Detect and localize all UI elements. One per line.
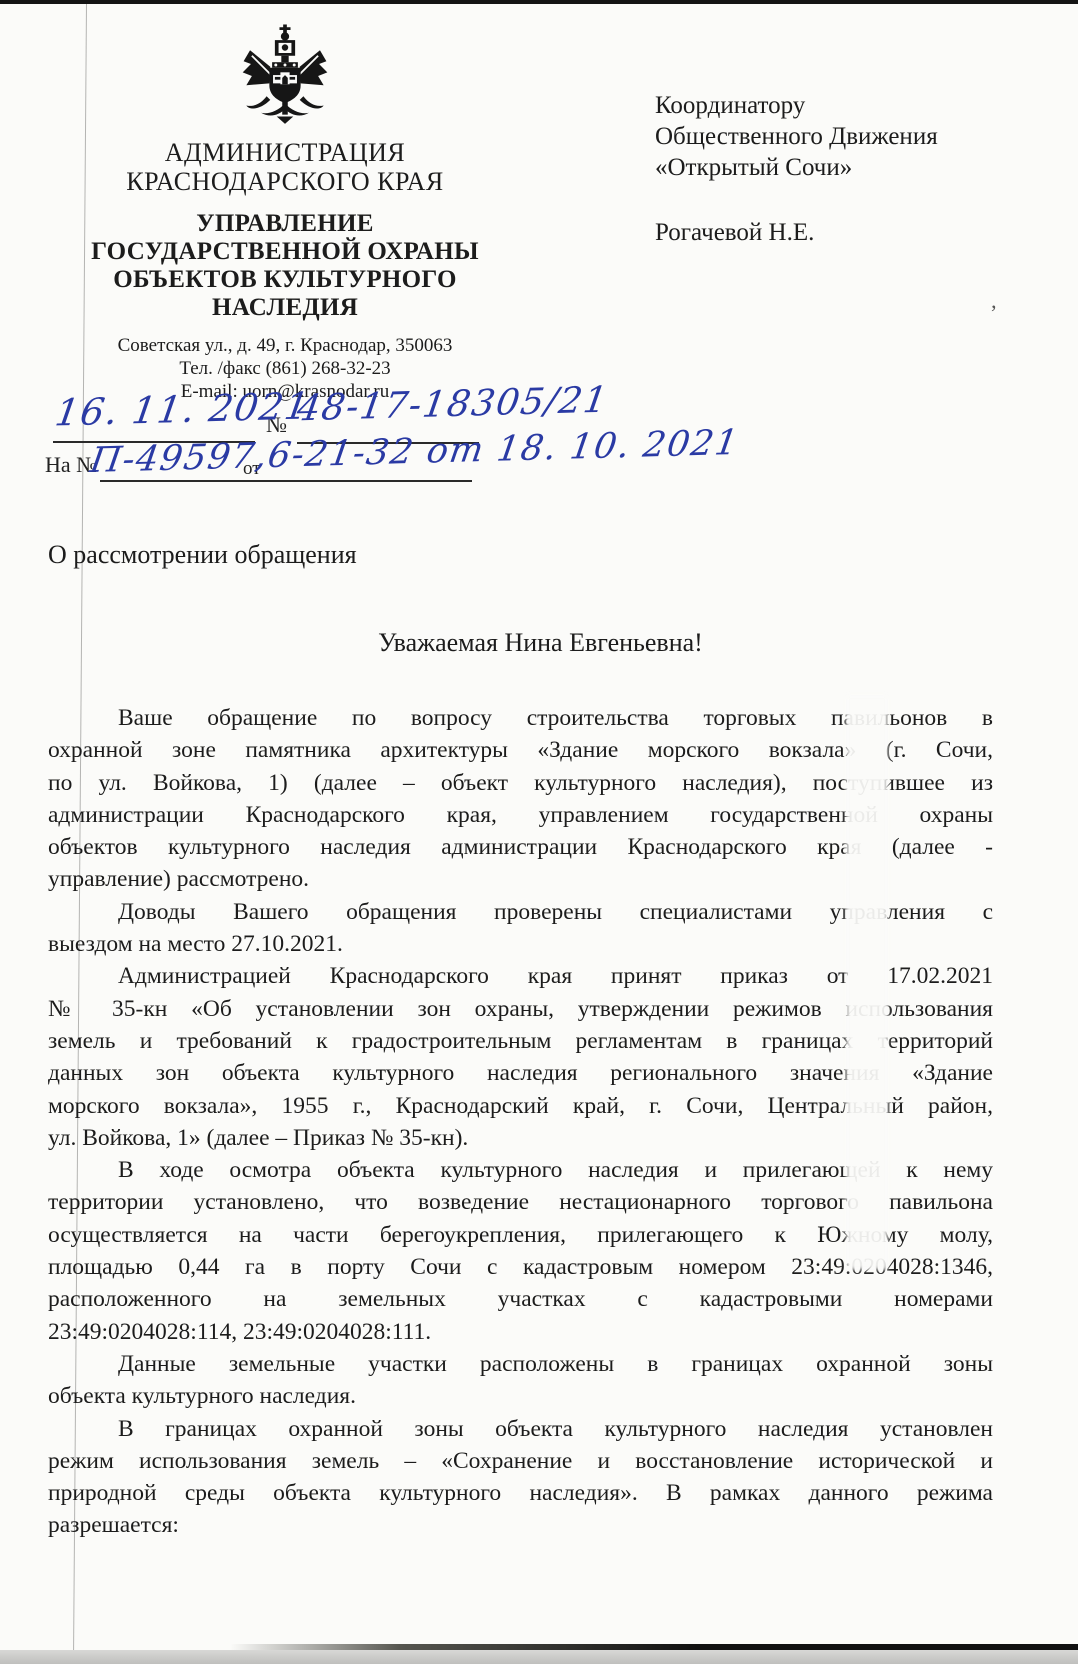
handwritten-date: 16. 11. 2021 [52,384,313,434]
body-line: В границах охранной зоны объекта культур… [48,1413,993,1445]
subject-line: О рассмотрении обращения [48,540,357,570]
org-phone: Тел. /факс (861) 268-32-23 [70,357,500,380]
org-address: Советская ул., д. 49, г. Краснодар, 3500… [70,334,500,357]
body-line: Данные земельные участки расположены в г… [48,1348,993,1380]
addressee-name: Рогачевой Н.Е. [655,217,938,248]
salutation: Уважаемая Нина Евгеньевна! [48,628,993,658]
body-line: объекта культурного наследия. [48,1380,993,1412]
handwritten-incoming-reference: П-49597,6-21-32 от 18. 10. 2021 [88,423,742,481]
body-line: природной среды объекта культурного насл… [48,1477,993,1509]
body-line: разрешается: [48,1509,993,1541]
krasnodar-krai-coat-of-arms-icon [239,24,331,128]
department-name-line4: НАСЛЕДИЯ [70,294,500,322]
agency-name-line1: АДМИНИСТРАЦИЯ [70,138,500,167]
scan-white-streak [846,695,888,1270]
department-name-line2: ГОСУДАРСТВЕННОЙ ОХРАНЫ [70,238,500,266]
letterhead: АДМИНИСТРАЦИЯ КРАСНОДАРСКОГО КРАЯ УПРАВЛ… [70,24,500,403]
scan-bottom-edge [0,1650,1078,1664]
scan-top-edge [0,0,1078,4]
scan-stray-mark: ‚ [990,288,997,314]
addressee-block: Координатору Общественного Движения «Отк… [655,90,938,248]
department-name-line1: УПРАВЛЕНИЕ [70,210,500,238]
department-name-line3: ОБЪЕКТОВ КУЛЬТУРНОГО [70,266,500,294]
body-line: 23:49:0204028:114, 23:49:0204028:111. [48,1316,993,1348]
addressee-line2: Общественного Движения [655,121,938,152]
scanned-letter-page: АДМИНИСТРАЦИЯ КРАСНОДАРСКОГО КРАЯ УПРАВЛ… [0,0,1078,1664]
body-line: расположенного на земельных участках с к… [48,1283,993,1315]
agency-name-line2: КРАСНОДАРСКОГО КРАЯ [70,167,500,196]
reply-underline [100,480,472,482]
addressee-line1: Координатору [655,90,938,121]
addressee-line3: «Открытый Сочи» [655,152,938,183]
handwritten-outgoing-number: 48-17-18305/21 [294,380,611,430]
body-line: режим использования земель – «Сохранение… [48,1445,993,1477]
